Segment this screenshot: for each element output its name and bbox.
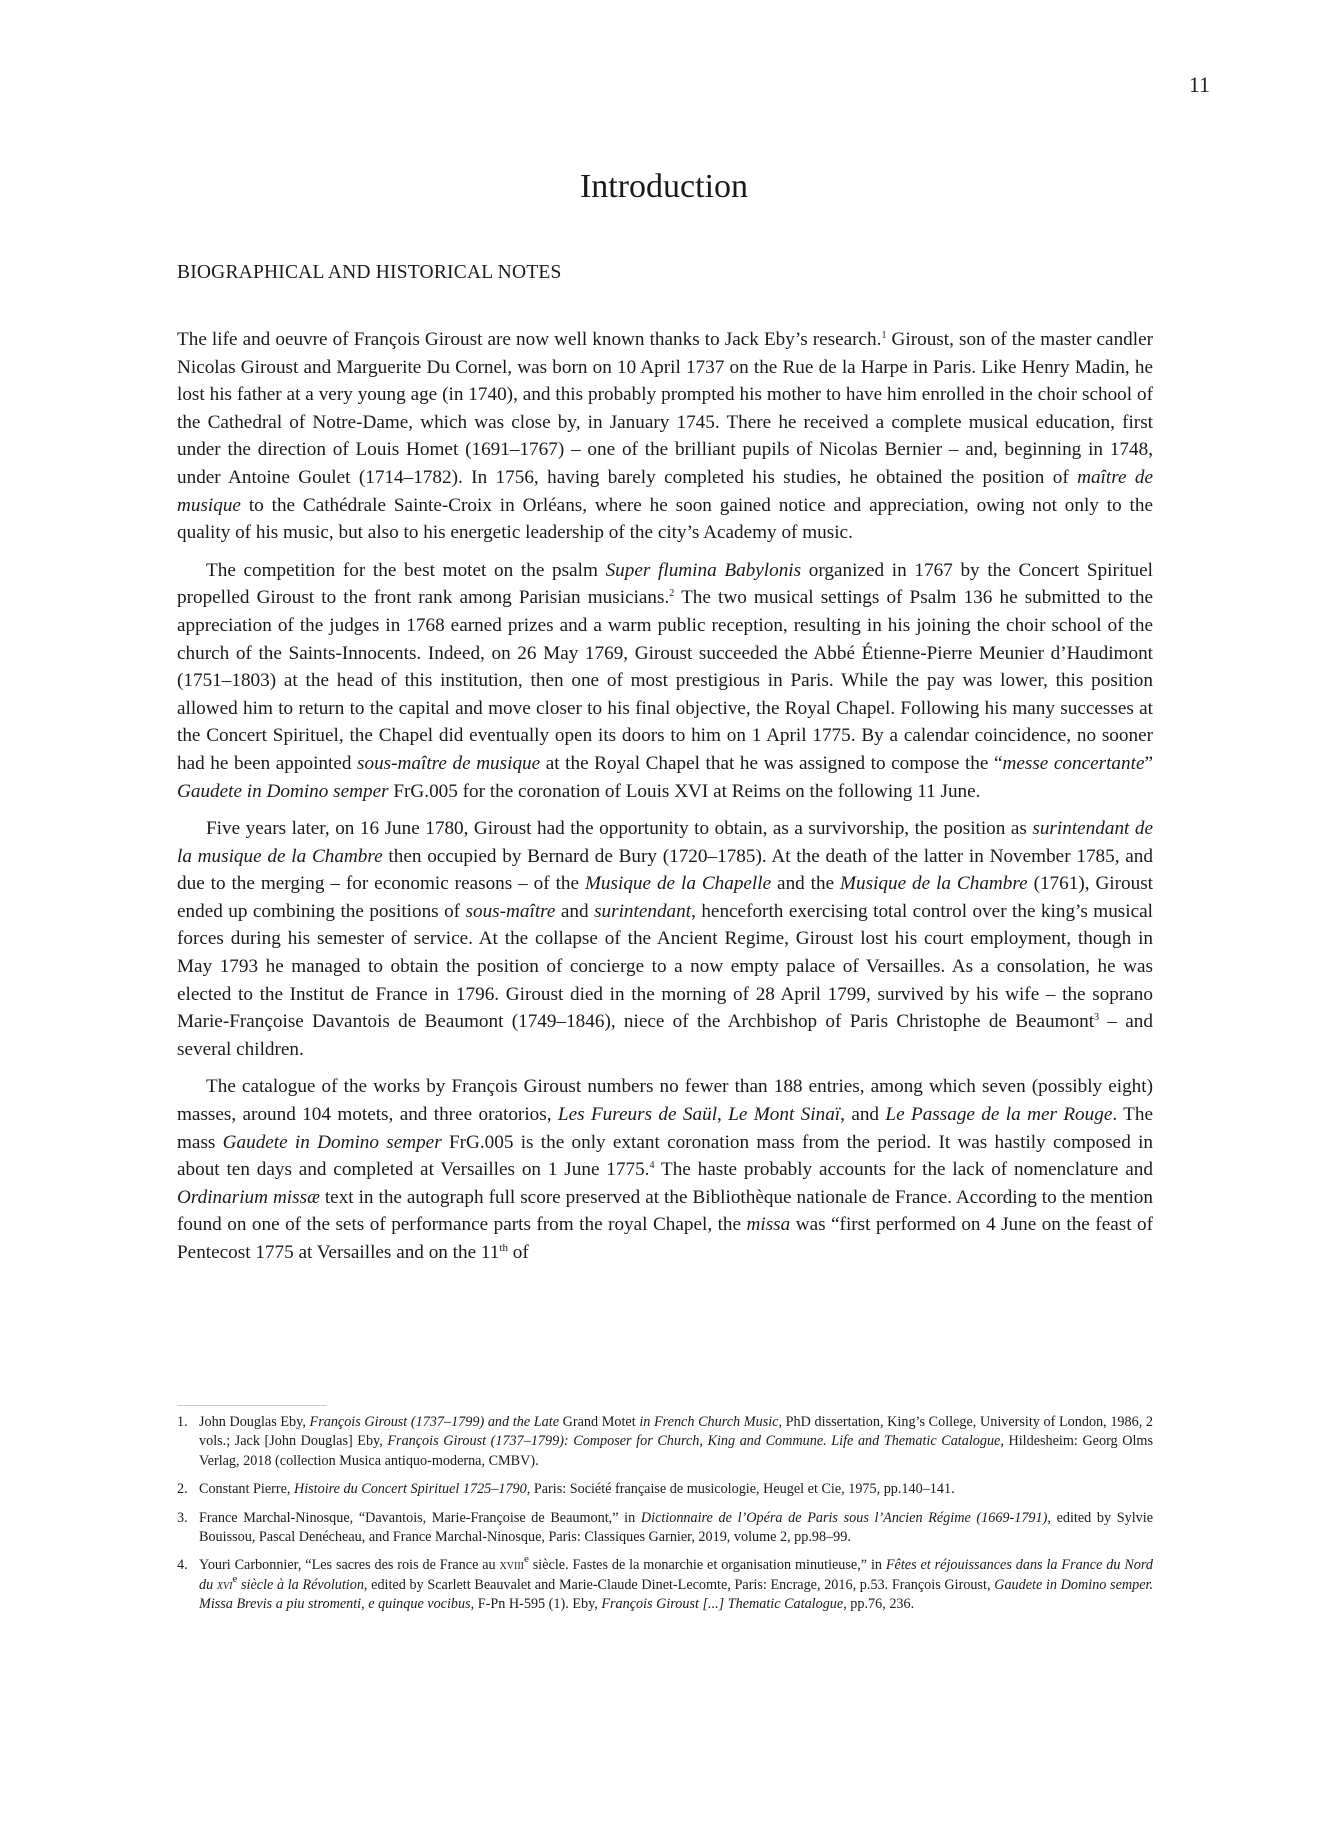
footnote-1: 1. John Douglas Eby, François Giroust (1… (177, 1413, 1153, 1471)
section-heading: BIOGRAPHICAL AND HISTORICAL NOTES (177, 262, 562, 284)
paragraph-2: The competition for the best motet on th… (177, 557, 1153, 805)
chapter-title: Introduction (0, 168, 1328, 206)
footnote-number: 3. (177, 1509, 199, 1548)
footnote-text: France Marchal-Ninosque, “Davantois, Mar… (199, 1509, 1153, 1548)
footnotes: 1. John Douglas Eby, François Giroust (1… (177, 1413, 1153, 1624)
footnote-number: 1. (177, 1413, 199, 1471)
footnote-2: 2. Constant Pierre, Histoire du Concert … (177, 1480, 1153, 1499)
footnote-4: 4. Youri Carbonnier, “Les sacres des roi… (177, 1556, 1153, 1614)
paragraph-1: The life and oeuvre of François Giroust … (177, 326, 1153, 547)
footnote-separator (177, 1405, 327, 1406)
footnote-text: John Douglas Eby, François Giroust (1737… (199, 1413, 1153, 1471)
footnote-text: Youri Carbonnier, “Les sacres des rois d… (199, 1556, 1153, 1614)
paragraph-3: Five years later, on 16 June 1780, Girou… (177, 815, 1153, 1063)
footnote-text: Constant Pierre, Histoire du Concert Spi… (199, 1480, 1153, 1499)
footnote-number: 4. (177, 1556, 199, 1614)
paragraph-4: The catalogue of the works by François G… (177, 1073, 1153, 1266)
footnote-number: 2. (177, 1480, 199, 1499)
body-text: The life and oeuvre of François Giroust … (177, 326, 1153, 1277)
footnote-3: 3. France Marchal-Ninosque, “Davantois, … (177, 1509, 1153, 1548)
page-number: 11 (1189, 72, 1210, 98)
